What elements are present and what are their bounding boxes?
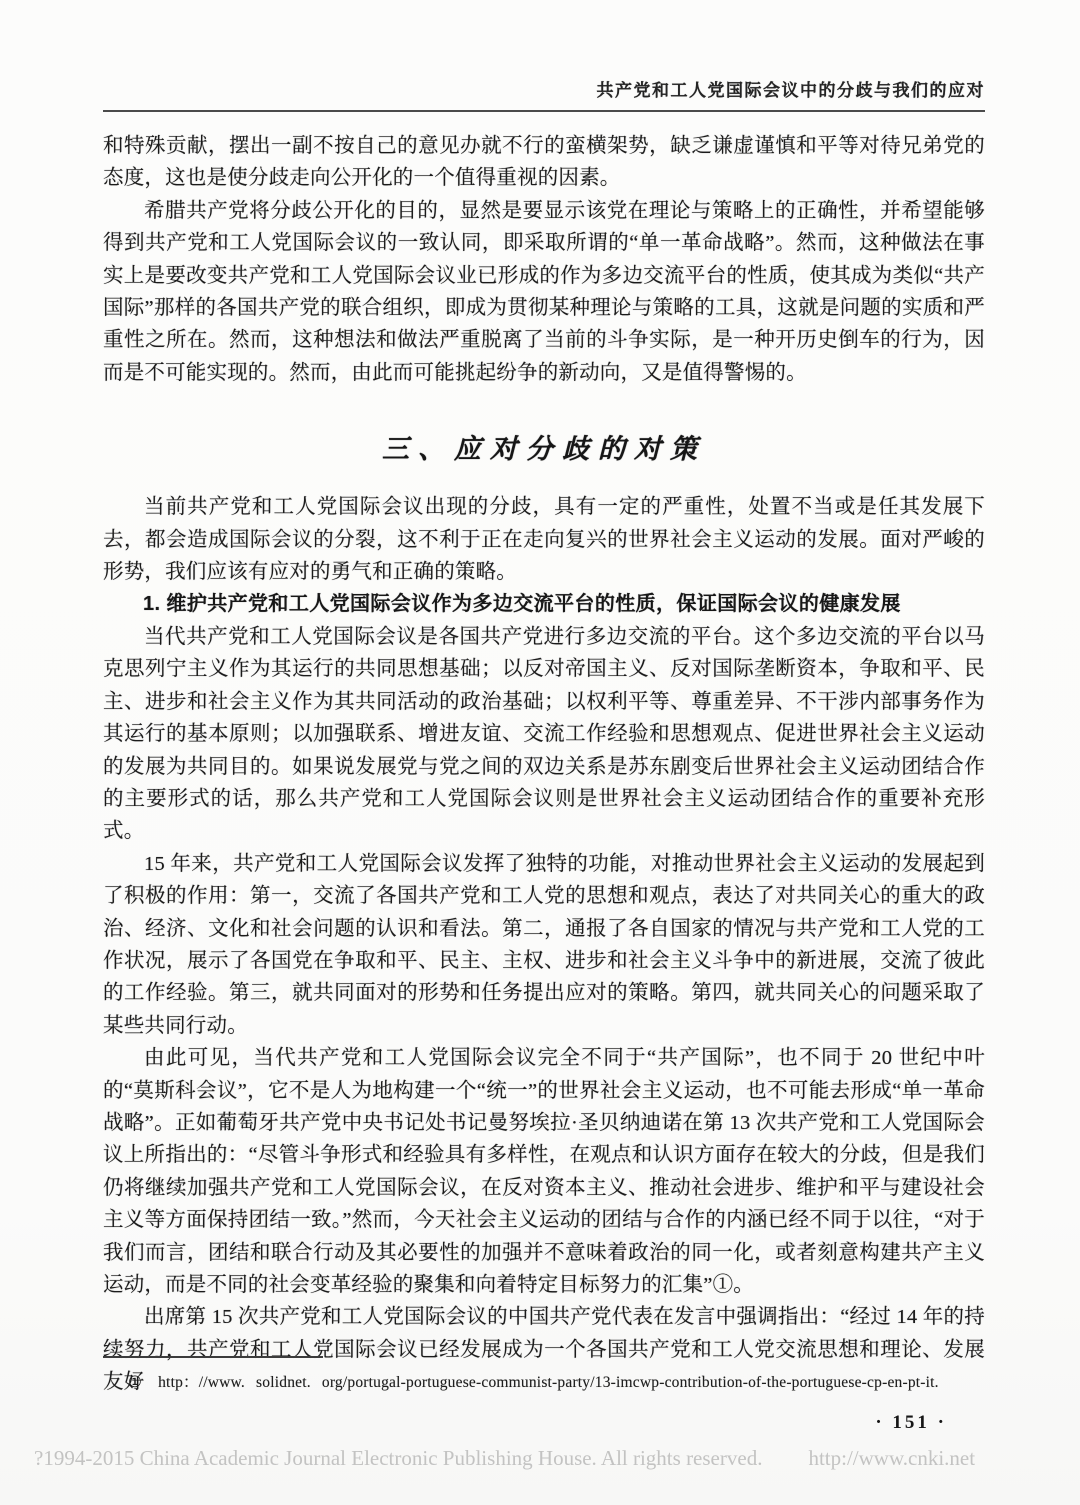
running-title: 共产党和工人党国际会议中的分歧与我们的应对	[103, 0, 985, 101]
paragraph-platform: 当代共产党和工人党国际会议是各国共产党进行多边交流的平台。这个多边交流的平台以马…	[103, 621, 985, 848]
article-body: 和特殊贡献，摆出一副不按自己的意见办就不行的蛮横架势，缺乏谦虚谨慎和平等对待兄弟…	[103, 130, 985, 1399]
footnote-divider	[103, 1356, 323, 1358]
paragraph-not-comintern: 由此可见，当代共产党和工人党国际会议完全不同于“共产国际”，也不同于 20 世纪…	[103, 1042, 985, 1301]
watermark-copyright: ?1994-2015 China Academic Journal Electr…	[34, 1446, 762, 1471]
footnote-marker: ①	[128, 1374, 142, 1391]
paragraph-greek-party: 希腊共产党将分歧公开化的目的，显然是要显示该党在理论与策略上的正确性，并希望能够…	[103, 195, 985, 389]
watermark: ?1994-2015 China Academic Journal Electr…	[34, 1446, 1054, 1471]
header-divider	[103, 110, 985, 112]
document-page: 共产党和工人党国际会议中的分歧与我们的应对 和特殊贡献，摆出一副不按自己的意见办…	[0, 0, 1080, 1505]
page-header: 共产党和工人党国际会议中的分歧与我们的应对	[103, 0, 985, 112]
page-number: · 151 ·	[875, 1412, 947, 1434]
paragraph-continuation: 和特殊贡献，摆出一副不按自己的意见办就不行的蛮横架势，缺乏谦虚谨慎和平等对待兄弟…	[103, 130, 985, 195]
paragraph-fifteen-years: 15 年来，共产党和工人党国际会议发挥了独特的功能，对推动世界社会主义运动的发展…	[103, 848, 985, 1042]
footnote: ①http：//www. solidnet. org/portugal-port…	[128, 1372, 988, 1394]
watermark-url: http://www.cnki.net	[808, 1446, 975, 1471]
paragraph-current-divergence: 当前共产党和工人党国际会议出现的分歧，具有一定的严重性，处置不当或是任其发展下去…	[103, 491, 985, 588]
footnote-text: http：//www. solidnet. org/portugal-portu…	[158, 1374, 939, 1391]
subsection-heading-1: 1. 维护共产党和工人党国际会议作为多边交流平台的性质，保证国际会议的健康发展	[103, 588, 985, 620]
section-heading: 三、应对分歧的对策	[103, 429, 985, 469]
